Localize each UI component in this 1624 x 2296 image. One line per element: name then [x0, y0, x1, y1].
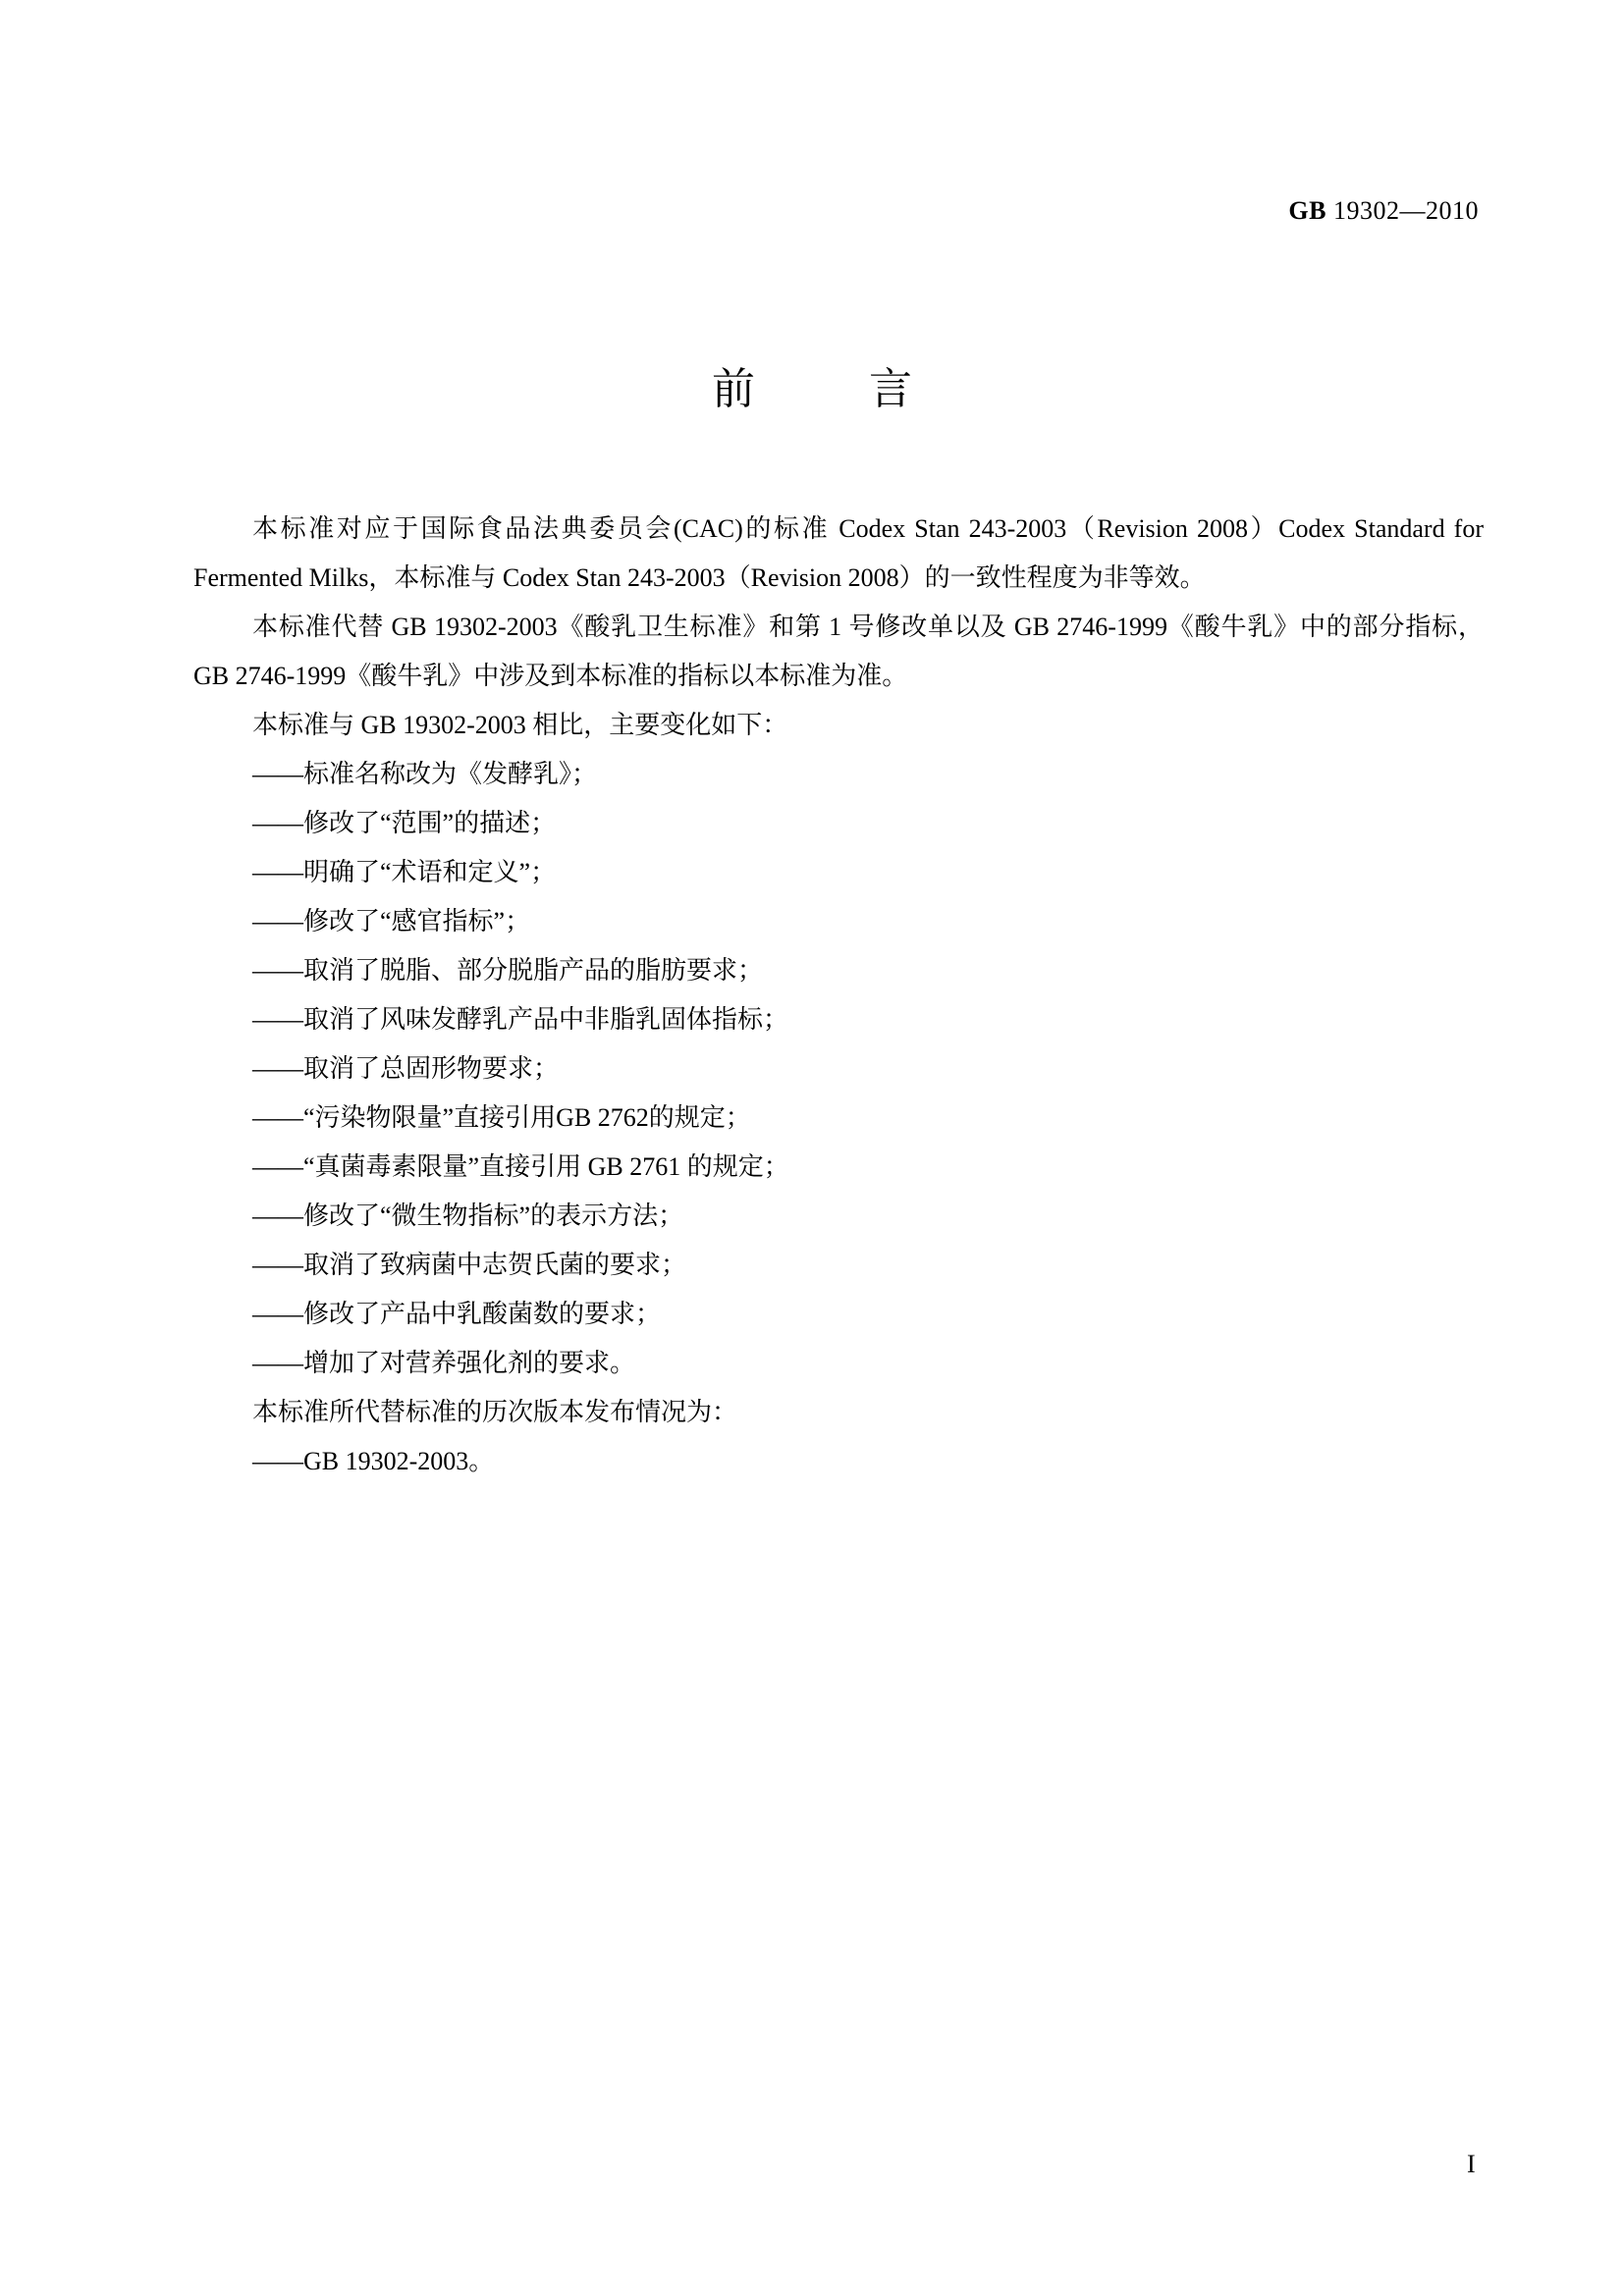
- change-item: ——取消了致病菌中志贺氏菌的要求；: [193, 1241, 1484, 1290]
- standard-number-header: GB 19302—2010: [1288, 196, 1479, 226]
- page-title: 前言: [0, 353, 1624, 416]
- standard-prefix: GB: [1288, 196, 1326, 225]
- change-item: ——“污染物限量”直接引用GB 2762的规定；: [193, 1094, 1484, 1143]
- change-item: ——修改了“微生物指标”的表示方法；: [193, 1192, 1484, 1241]
- change-item: ——取消了总固形物要求；: [193, 1044, 1484, 1094]
- change-item: ——取消了脱脂、部分脱脂产品的脂肪要求；: [193, 946, 1484, 995]
- paragraph-history-intro: 本标准所代替标准的历次版本发布情况为：: [193, 1388, 1484, 1437]
- paragraph-changes-intro: 本标准与 GB 19302-2003 相比，主要变化如下：: [193, 701, 1484, 750]
- page-number: I: [1467, 2150, 1476, 2179]
- change-item: ——取消了风味发酵乳产品中非脂乳固体指标；: [193, 995, 1484, 1044]
- title-char-2: 言: [869, 353, 912, 416]
- title-char-1: 前: [712, 353, 755, 416]
- history-version-item: ——GB 19302-2003。: [193, 1437, 1484, 1486]
- paragraph-correspondence: 本标准对应于国际食品法典委员会(CAC)的标准 Codex Stan 243-2…: [193, 505, 1484, 603]
- change-item: ——修改了“感官指标”；: [193, 897, 1484, 946]
- change-item: ——修改了产品中乳酸菌数的要求；: [193, 1290, 1484, 1339]
- foreword-body: 本标准对应于国际食品法典委员会(CAC)的标准 Codex Stan 243-2…: [193, 505, 1484, 1486]
- change-item: ——“真菌毒素限量”直接引用 GB 2761 的规定；: [193, 1143, 1484, 1192]
- standard-code: 19302—2010: [1333, 196, 1479, 225]
- change-item: ——增加了对营养强化剂的要求。: [193, 1339, 1484, 1388]
- change-item: ——明确了“术语和定义”；: [193, 848, 1484, 897]
- change-item: ——标准名称改为《发酵乳》；: [193, 750, 1484, 799]
- change-item: ——修改了“范围”的描述；: [193, 799, 1484, 848]
- paragraph-replacement: 本标准代替 GB 19302-2003《酸乳卫生标准》和第 1 号修改单以及 G…: [193, 603, 1484, 701]
